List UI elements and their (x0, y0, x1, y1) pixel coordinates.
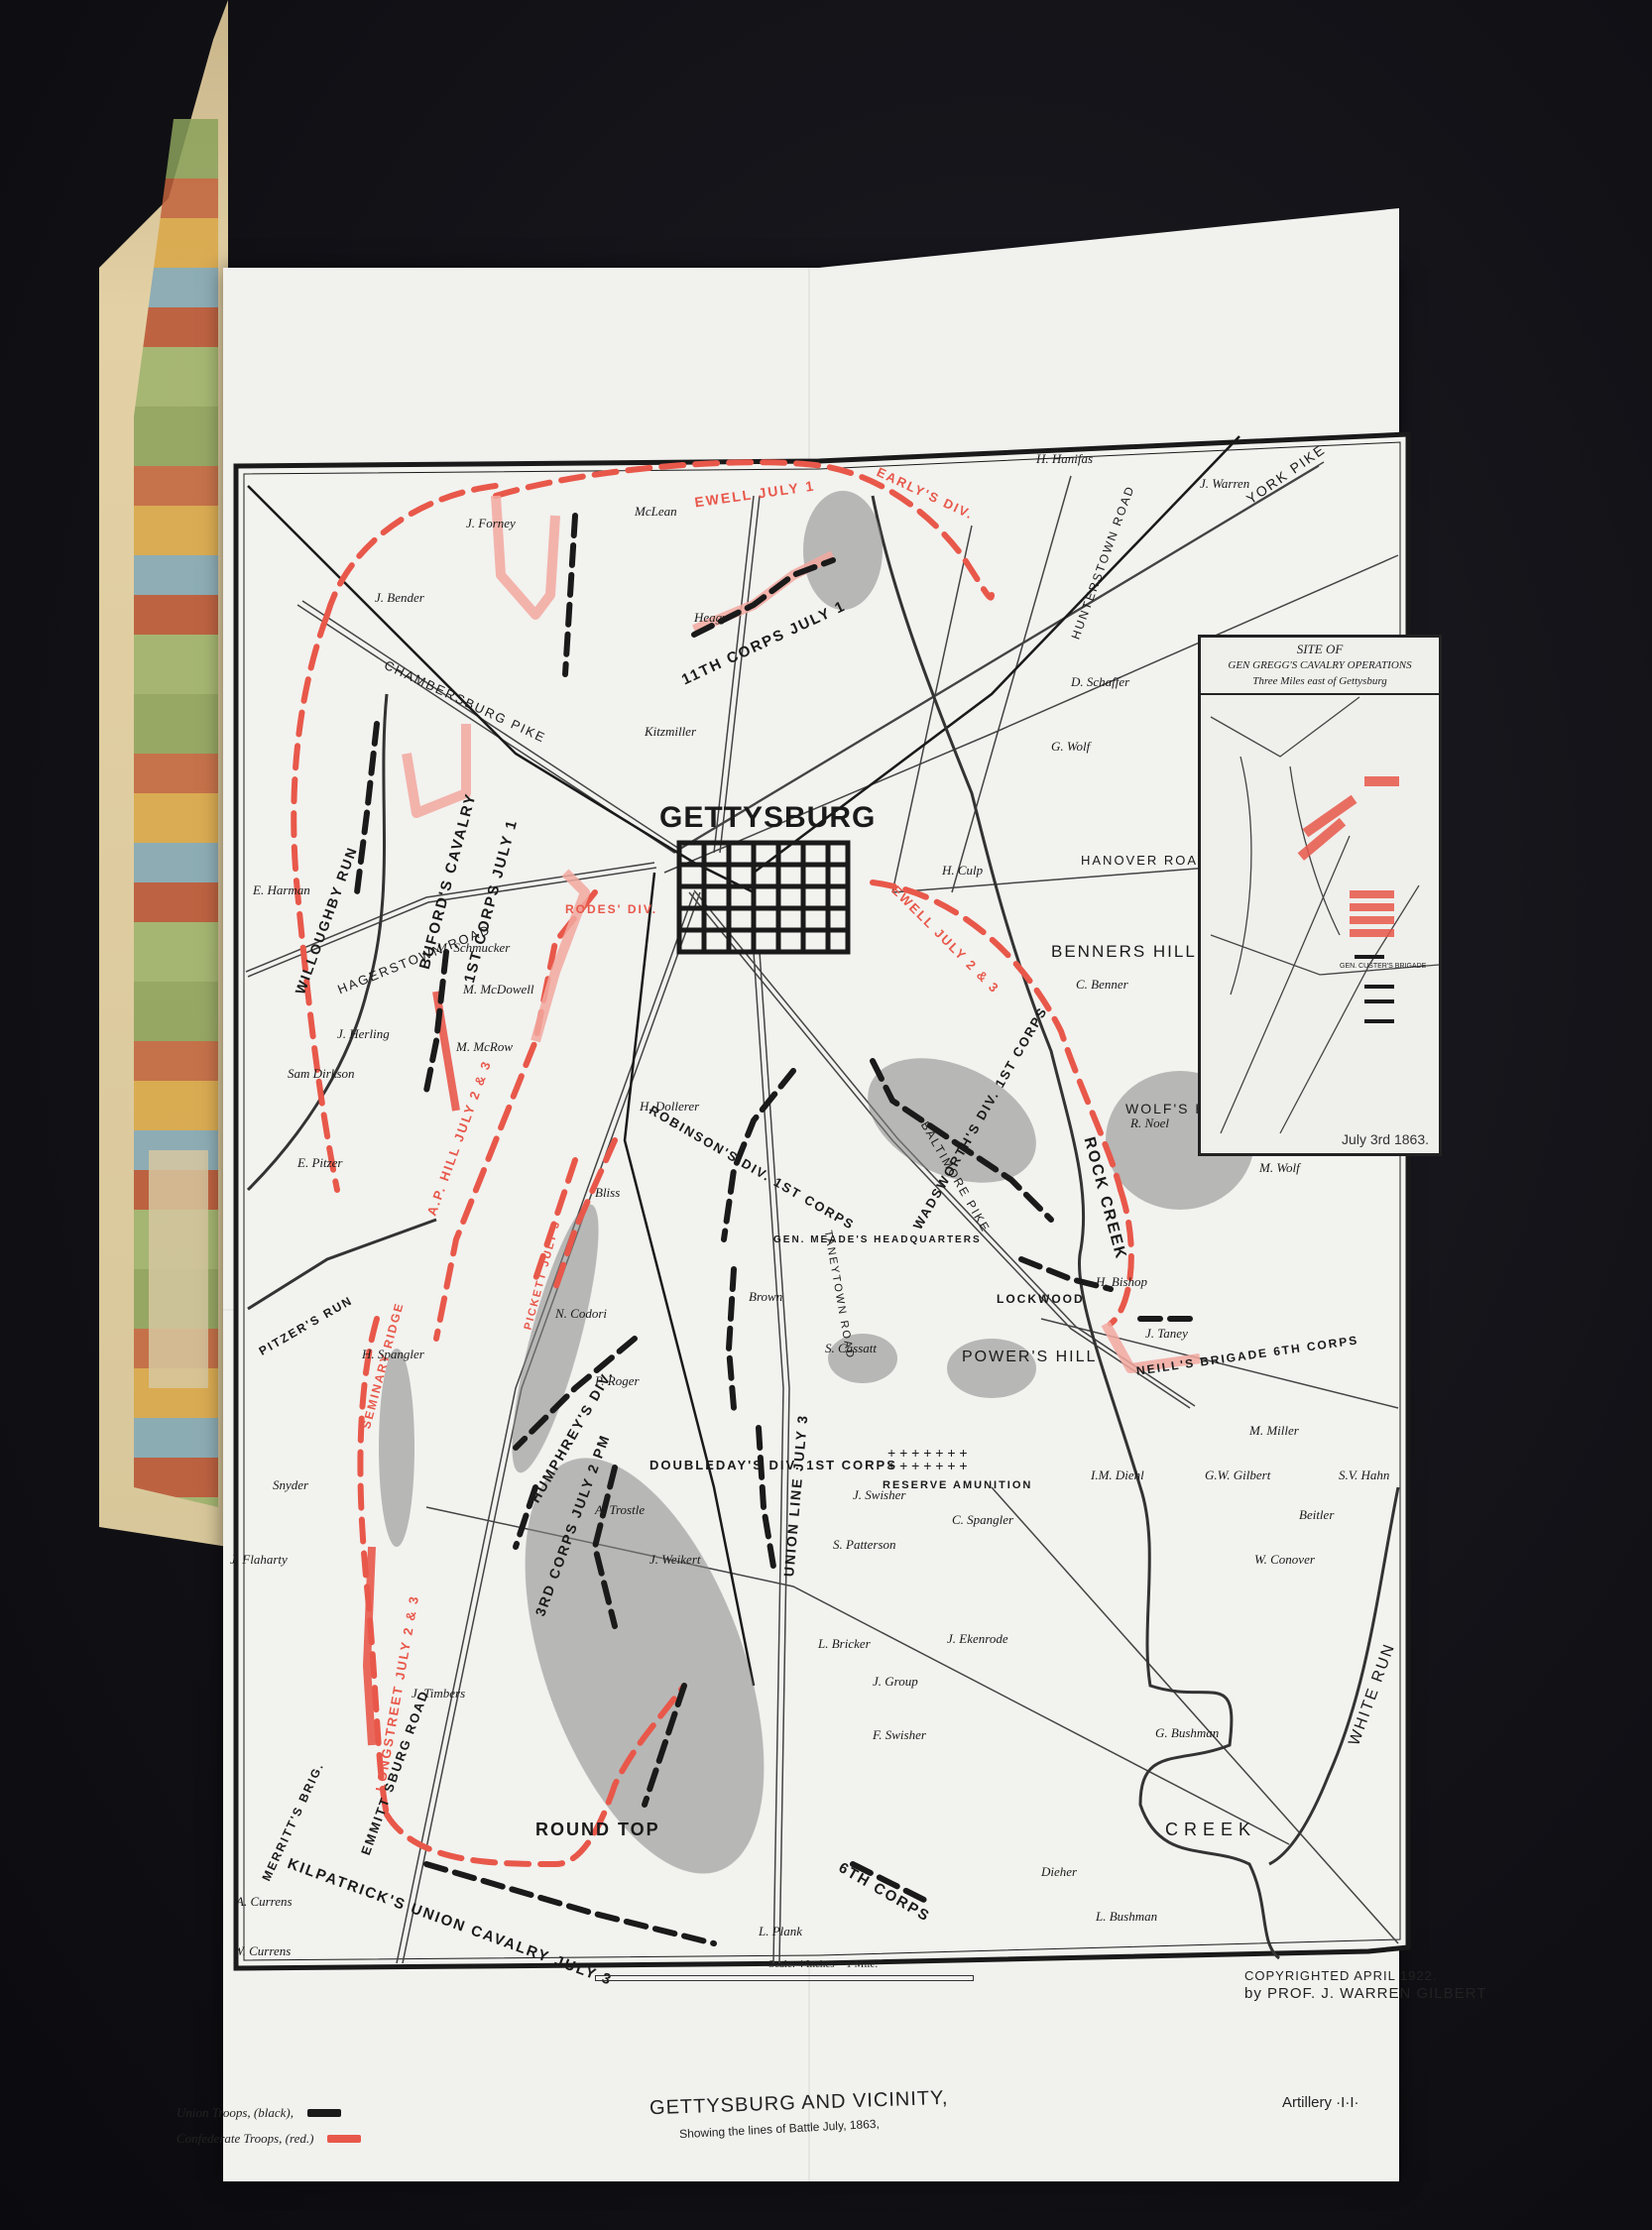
farm-label: C. Benner (1076, 977, 1128, 993)
legend-union: Union Troops, (black), (177, 2100, 361, 2126)
farm-label: S. Cassatt (825, 1341, 877, 1356)
farm-label: E. Pitzer (297, 1155, 343, 1171)
confed-label-rodes: RODES' DIV. (565, 902, 657, 916)
farm-label: F. Swisher (873, 1727, 926, 1743)
farm-label: A. Currens (236, 1894, 293, 1910)
farm-label: C. Spangler (952, 1512, 1013, 1528)
map-scale-bar (595, 1975, 974, 1981)
farm-label: J. Warren (1200, 476, 1249, 492)
farm-label: H. Culp (942, 863, 983, 879)
farm-label: D. Schaffer (1071, 674, 1129, 690)
farm-label: W. Currens (233, 1943, 291, 1959)
farm-label: I.M. Diehl (1091, 1467, 1144, 1483)
farm-label: G.W. Gilbert (1205, 1467, 1270, 1483)
farm-label: J. Ekenrode (947, 1631, 1008, 1647)
farm-label: S.V. Hahn (1339, 1467, 1389, 1483)
farm-label: J. Flaharty (230, 1552, 288, 1568)
farm-label: J. Timbers (412, 1686, 465, 1702)
farm-label: J. Swisher (853, 1487, 905, 1503)
legend-confederate-swatch (327, 2135, 361, 2143)
farm-label: J. Taney (1145, 1326, 1188, 1342)
svg-text:+ + + + + + +: + + + + + + + (887, 1458, 968, 1473)
farm-label: E. Harman (253, 882, 310, 898)
legend-union-label: Union Troops, (black), (177, 2105, 294, 2121)
terrain-label-round-top: ROUND TOP (535, 1819, 660, 1840)
map-copyright: COPYRIGHTED APRIL 1922. by PROF. J. WARR… (1244, 1968, 1486, 2002)
terrain-label-powers-hill: POWER'S HILL (962, 1349, 1097, 1366)
terrain-label-creek: CREEK (1165, 1819, 1256, 1840)
farm-label: Bliss (595, 1185, 620, 1201)
artillery-legend: Artillery ·I·I· (1282, 2094, 1359, 2111)
farm-label: W. Conover (1254, 1552, 1315, 1568)
inset-date: July 3rd 1863. (1342, 1131, 1429, 1147)
farm-label: M. Miller (1249, 1423, 1299, 1439)
farm-label: L. Bushman (1096, 1909, 1157, 1925)
farm-label: M. Wolf (1259, 1160, 1300, 1176)
farm-label: R. Noel (1130, 1115, 1169, 1131)
map-scale-label: Scale: 4 Inches = 1 Mile. (768, 1958, 878, 1970)
copyright-line-2: by PROF. J. WARREN GILBERT (1244, 1985, 1486, 2002)
farm-label: J. Weikert (649, 1552, 701, 1568)
farm-label: J. Bender (375, 590, 424, 606)
farm-label: McLean (635, 504, 677, 520)
farm-label: H. Bishop (1096, 1274, 1147, 1290)
legend-confederate: Confederate Troops, (red.) (177, 2126, 361, 2152)
farm-label: Heagy (694, 610, 728, 626)
inset-label-custer: GEN. CUSTER'S BRIGADE (1340, 963, 1426, 970)
farm-label: L. Bricker (818, 1636, 871, 1652)
farm-label: Kitzmiller (645, 724, 696, 740)
town-label-gettysburg: GETTYSBURG (659, 801, 876, 835)
farm-label: S. Patterson (833, 1537, 896, 1553)
union-label-meade-hq: GEN. MEADE'S HEADQUARTERS (773, 1234, 982, 1245)
farm-label: M. McRow (456, 1039, 513, 1055)
inset-linework (1201, 638, 1439, 1153)
legend-confederate-label: Confederate Troops, (red.) (177, 2131, 313, 2147)
farm-label: G. Wolf (1051, 739, 1090, 755)
farm-label: G. Bushman (1155, 1725, 1219, 1741)
farm-label: M. Schmucker (436, 940, 510, 956)
farm-label: L. Plank (759, 1924, 802, 1939)
farm-label: J. Forney (466, 516, 516, 531)
farm-label: Beitler (1299, 1507, 1334, 1523)
farm-label: J. Herling (337, 1026, 390, 1042)
map-legend: Union Troops, (black), Confederate Troop… (177, 2100, 361, 2152)
farm-label: H. Spangler (362, 1347, 424, 1362)
road-label-hanover: HANOVER ROAD (1081, 853, 1209, 868)
farm-label: Snyder (273, 1477, 308, 1493)
farm-label: A. Trostle (595, 1502, 645, 1518)
farm-label: M. McDowell (463, 982, 533, 998)
farm-label: H. Hanifas (1036, 451, 1093, 467)
farm-label: Brown (749, 1289, 782, 1305)
union-label-lockwood: LOCKWOOD (997, 1292, 1085, 1306)
farm-label: H. Dollerer (640, 1099, 699, 1115)
farm-label: Dieher (1041, 1864, 1077, 1880)
farm-label: N. Codori (555, 1306, 607, 1322)
inset-map-gregg-cavalry: SITE OF GEN GREGG'S CAVALRY OPERATIONS T… (1198, 635, 1442, 1156)
farm-label: Sam Dirkson (288, 1066, 355, 1082)
copyright-line-1: COPYRIGHTED APRIL 1922. (1244, 1968, 1486, 1983)
union-label-doubleday: DOUBLEDAY'S DIV. 1ST CORPS (649, 1458, 897, 1472)
legend-union-swatch (307, 2109, 341, 2117)
farm-label: P. Roger (595, 1373, 640, 1389)
farm-label: J. Group (873, 1674, 918, 1690)
terrain-label-benners-hill: BENNERS HILL (1051, 942, 1197, 962)
